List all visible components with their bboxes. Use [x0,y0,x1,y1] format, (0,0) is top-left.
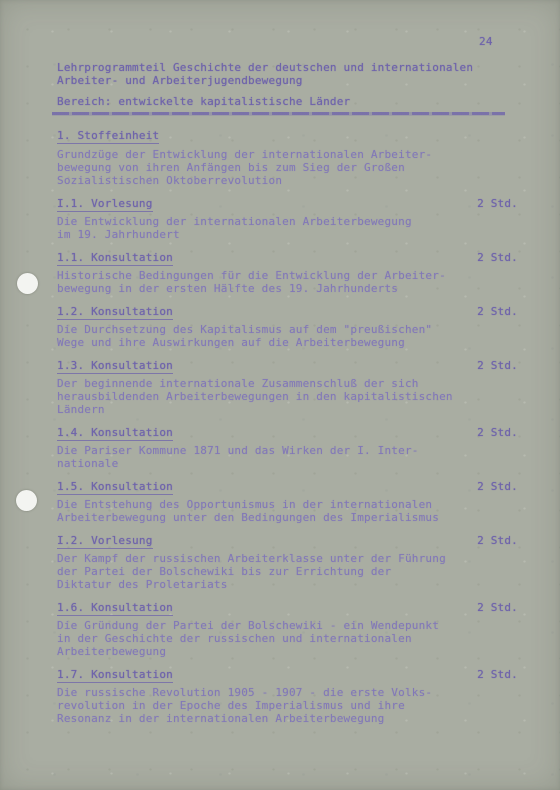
entry-hours: 2 Std. [477,251,518,264]
entry-heading-row: 1.1. Konsultation 2 Std. [57,251,518,266]
entry-description: Die Durchsetzung des Kapitalismus auf de… [57,323,518,349]
program-entry: 1.1. Konsultation 2 Std. Historische Bed… [57,251,518,295]
entry-heading: 1.6. Konsultation [57,601,173,616]
program-entry: I.2. Vorlesung 2 Std. Der Kampf der russ… [57,534,518,591]
punch-hole-bottom [16,490,37,511]
entry-description: Der Kampf der russischen Arbeiterklasse … [57,552,518,591]
program-entry: 1.7. Konsultation 2 Std. Die russische R… [57,668,518,725]
entry-heading: I.1. Vorlesung [57,197,153,212]
unit-heading-row: 1. Stoffeinheit [57,129,518,144]
entry-hours: 2 Std. [477,668,518,681]
entry-hours: 2 Std. [477,480,518,493]
entry-heading: 1.1. Konsultation [57,251,173,266]
punch-hole-top [17,273,38,294]
entry-heading-row: 1.2. Konsultation 2 Std. [57,305,518,320]
entry-heading: 1.4. Konsultation [57,426,173,441]
entry-description: Die Entwicklung der internationalen Arbe… [57,215,518,241]
program-entry: 1.5. Konsultation 2 Std. Die Entstehung … [57,480,518,524]
header-title-line2: Arbeiter- und Arbeiterjugendbewegung [57,74,518,87]
scanned-document-page: 24 Lehrprogrammteil Geschichte der deuts… [0,0,560,790]
entry-hours: 2 Std. [477,601,518,614]
entry-hours: 2 Std. [477,197,518,210]
unit-heading: 1. Stoffeinheit [57,129,159,144]
program-entry: 1.2. Konsultation 2 Std. Die Durchsetzun… [57,305,518,349]
document-header: Lehrprogrammteil Geschichte der deutsche… [57,0,518,115]
entry-heading-row: 1.6. Konsultation 2 Std. [57,601,518,616]
header-subject-line: Bereich: entwickelte kapitalistische Län… [57,95,518,108]
entry-heading-row: 1.3. Konsultation 2 Std. [57,359,518,374]
entry-hours: 2 Std. [477,359,518,372]
entry-hours: 2 Std. [477,426,518,439]
entry-heading: 1.2. Konsultation [57,305,173,320]
unit-section: 1. Stoffeinheit Grundzüge der Entwicklun… [57,129,518,187]
entry-heading: 1.7. Konsultation [57,668,173,683]
header-title-line1: Lehrprogrammteil Geschichte der deutsche… [57,61,518,74]
entry-heading: I.2. Vorlesung [57,534,153,549]
unit-description: Grundzüge der Entwicklung der internatio… [57,148,518,187]
entry-heading-row: I.1. Vorlesung 2 Std. [57,197,518,212]
entry-description: Die Pariser Kommune 1871 und das Wirken … [57,444,518,470]
entry-description: Die Gründung der Partei der Bolschewiki … [57,619,518,658]
entry-heading-row: 1.5. Konsultation 2 Std. [57,480,518,495]
entry-description: Die russische Revolution 1905 - 1907 - d… [57,686,518,725]
program-entry: 1.4. Konsultation 2 Std. Die Pariser Kom… [57,426,518,470]
page-content: Lehrprogrammteil Geschichte der deutsche… [57,0,518,725]
entry-heading: 1.3. Konsultation [57,359,173,374]
entry-description: Die Entstehung des Opportunismus in der … [57,498,518,524]
entry-heading-row: I.2. Vorlesung 2 Std. [57,534,518,549]
program-entry: I.1. Vorlesung 2 Std. Die Entwicklung de… [57,197,518,241]
program-entry: 1.6. Konsultation 2 Std. Die Gründung de… [57,601,518,658]
entry-description: Der beginnende internationale Zusammensc… [57,377,518,416]
entry-description: Historische Bedingungen für die Entwickl… [57,269,518,295]
entry-hours: 2 Std. [477,305,518,318]
entry-hours: 2 Std. [477,534,518,547]
entry-heading: 1.5. Konsultation [57,480,173,495]
program-entry: 1.3. Konsultation 2 Std. Der beginnende … [57,359,518,416]
entry-heading-row: 1.7. Konsultation 2 Std. [57,668,518,683]
entry-list: I.1. Vorlesung 2 Std. Die Entwicklung de… [57,197,518,725]
entry-heading-row: 1.4. Konsultation 2 Std. [57,426,518,441]
header-rule [52,112,505,115]
